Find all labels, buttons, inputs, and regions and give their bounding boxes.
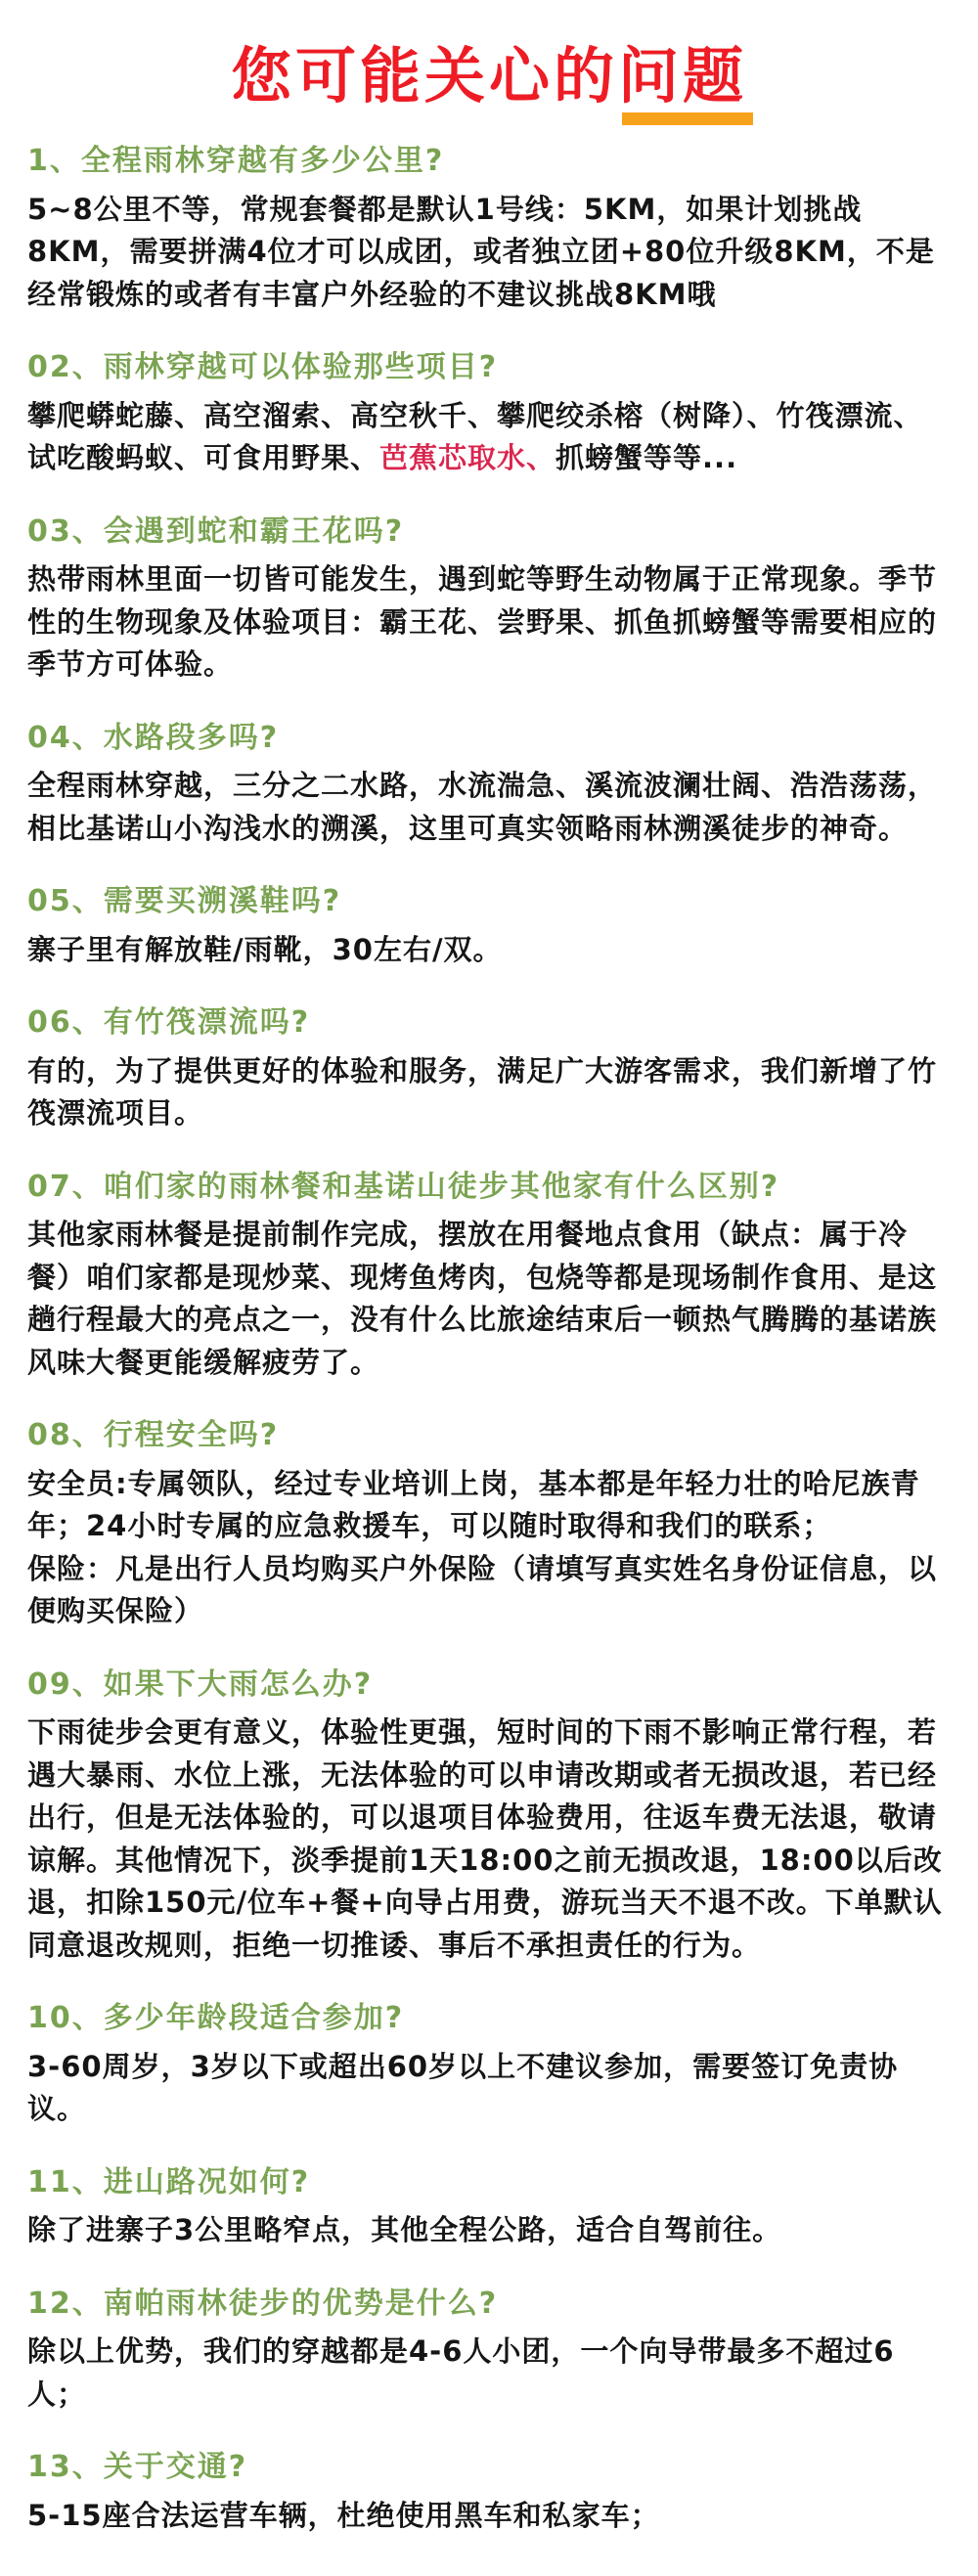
faq-answer-text: 5-15座合法运营车辆，杜绝使用黑车和私家车； [27,2499,660,2532]
faq-answer-paragraph: 有的，为了提供更好的体验和服务，满足广大游客需求，我们新增了竹筏漂流项目。 [27,1050,951,1135]
faq-item: 1、全程雨林穿越有多少公里? 5~8公里不等，常规套餐都是默认1号线：5KM，如… [27,143,951,316]
faq-answer-text: 寨子里有解放鞋/雨靴，30左右/双。 [27,933,503,966]
faq-answer-highlight-text: 芭蕉芯取水、 [379,441,556,474]
faq-answer: 3-60周岁，3岁以下或超出60岁以上不建议参加，需要签订免责协议。 [27,2046,951,2131]
faq-answer-paragraph: 除以上优势，我们的穿越都是4-6人小团，一个向导带最多不超过6人； [27,2331,951,2416]
faq-answer: 全程雨林穿越，三分之二水路，水流湍急、溪流波澜壮阔、浩浩荡荡，相比基诺山小沟浅水… [27,765,951,850]
faq-answer-text: 5~8公里不等，常规套餐都是默认1号线：5KM，如果计划挑战8KM，需要拼满4位… [27,193,935,311]
faq-answer-paragraph: 其他家雨林餐是提前制作完成，摆放在用餐地点食用（缺点：属于冷餐）咱们家都是现炒菜… [27,1214,951,1384]
faq-answer-text: 抓螃蟹等等... [556,441,737,474]
faq-question: 05、需要买溯溪鞋吗? [27,883,951,920]
faq-answer: 寨子里有解放鞋/雨靴，30左右/双。 [27,929,951,972]
faq-answer-text: 除以上优势，我们的穿越都是4-6人小团，一个向导带最多不超过6人； [27,2334,895,2411]
faq-answer-paragraph: 3-60周岁，3岁以下或超出60岁以上不建议参加，需要签订免责协议。 [27,2046,951,2131]
faq-question: 1、全程雨林穿越有多少公里? [27,143,951,180]
faq-answer-paragraph: 全程雨林穿越，三分之二水路，水流湍急、溪流波澜壮阔、浩浩荡荡，相比基诺山小沟浅水… [27,765,951,850]
faq-question: 11、进山路况如何? [27,2164,951,2201]
faq-answer-text: 安全员:专属领队，经过专业培训上岗，基本都是年轻力壮的哈尼族青年；24小时专属的… [27,1467,920,1543]
page-title-underlined: 问题 [618,43,747,110]
faq-item: 11、进山路况如何? 除了进寨子3公里略窄点，其他全程公路，适合自驾前往。 [27,2164,951,2252]
faq-item: 06、有竹筏漂流吗? 有的，为了提供更好的体验和服务，满足广大游客需求，我们新增… [27,1004,951,1135]
faq-item: 12、南帕雨林徒步的优势是什么? 除以上优势，我们的穿越都是4-6人小团，一个向… [27,2286,951,2417]
page-title: 您可能关心的问题 [27,43,951,110]
faq-answer: 下雨徒步会更有意义，体验性更强，短时间的下雨不影响正常行程，若遇大暴雨、水位上涨… [27,1711,951,1967]
faq-answer-text: 全程雨林穿越，三分之二水路，水流湍急、溪流波澜壮阔、浩浩荡荡，相比基诺山小沟浅水… [27,769,937,845]
faq-answer: 攀爬蟒蛇藤、高空溜索、高空秋千、攀爬绞杀榕（树降）、竹筏漂流、试吃酸蚂蚁、可食用… [27,395,951,480]
faq-question: 03、会遇到蛇和霸王花吗? [27,513,951,551]
faq-answer-paragraph: 安全员:专属领队，经过专业培训上岗，基本都是年轻力壮的哈尼族青年；24小时专属的… [27,1463,951,1548]
faq-answer-text: 其他家雨林餐是提前制作完成，摆放在用餐地点食用（缺点：属于冷餐）咱们家都是现炒菜… [27,1218,937,1379]
faq-answer-paragraph: 热带雨林里面一切皆可能发生，遇到蛇等野生动物属于正常现象。季节性的生物现象及体验… [27,558,951,687]
faq-item: 05、需要买溯溪鞋吗? 寨子里有解放鞋/雨靴，30左右/双。 [27,883,951,971]
faq-item: 04、水路段多吗? 全程雨林穿越，三分之二水路，水流湍急、溪流波澜壮阔、浩浩荡荡… [27,720,951,851]
faq-question: 13、关于交通? [27,2449,951,2486]
page-title-main: 您可能关心的 [231,40,618,111]
faq-answer: 5~8公里不等，常规套餐都是默认1号线：5KM，如果计划挑战8KM，需要拼满4位… [27,189,951,317]
faq-question: 10、多少年龄段适合参加? [27,2000,951,2037]
faq-question: 02、雨林穿越可以体验那些项目? [27,349,951,386]
faq-answer-text: 保险：凡是出行人员均购买户外保险（请填写真实姓名身份证信息，以便购买保险） [27,1552,937,1628]
faq-question: 09、如果下大雨怎么办? [27,1666,951,1704]
faq-answer: 有的，为了提供更好的体验和服务，满足广大游客需求，我们新增了竹筏漂流项目。 [27,1050,951,1135]
faq-answer-paragraph: 除了进寨子3公里略窄点，其他全程公路，适合自驾前往。 [27,2209,951,2252]
faq-answer: 5-15座合法运营车辆，杜绝使用黑车和私家车； [27,2495,951,2538]
faq-answer-text: 3-60周岁，3岁以下或超出60岁以上不建议参加，需要签订免责协议。 [27,2050,898,2126]
faq-question: 07、咱们家的雨林餐和基诺山徒步其他家有什么区别? [27,1169,951,1206]
faq-answer: 除以上优势，我们的穿越都是4-6人小团，一个向导带最多不超过6人； [27,2331,951,2416]
faq-answer-paragraph: 5~8公里不等，常规套餐都是默认1号线：5KM，如果计划挑战8KM，需要拼满4位… [27,189,951,317]
faq-item: 08、行程安全吗? 安全员:专属领队，经过专业培训上岗，基本都是年轻力壮的哈尼族… [27,1417,951,1633]
faq-answer: 安全员:专属领队，经过专业培训上岗，基本都是年轻力壮的哈尼族青年；24小时专属的… [27,1463,951,1633]
faq-question: 04、水路段多吗? [27,720,951,757]
faq-item: 07、咱们家的雨林餐和基诺山徒步其他家有什么区别? 其他家雨林餐是提前制作完成，… [27,1169,951,1385]
faq-answer-paragraph: 下雨徒步会更有意义，体验性更强，短时间的下雨不影响正常行程，若遇大暴雨、水位上涨… [27,1711,951,1967]
faq-item: 10、多少年龄段适合参加? 3-60周岁，3岁以下或超出60岁以上不建议参加，需… [27,2000,951,2131]
faq-answer-paragraph: 保险：凡是出行人员均购买户外保险（请填写真实姓名身份证信息，以便购买保险） [27,1548,951,1633]
faq-question: 08、行程安全吗? [27,1417,951,1454]
faq-item: 03、会遇到蛇和霸王花吗? 热带雨林里面一切皆可能发生，遇到蛇等野生动物属于正常… [27,513,951,687]
faq-answer-text: 热带雨林里面一切皆可能发生，遇到蛇等野生动物属于正常现象。季节性的生物现象及体验… [27,562,937,681]
faq-answer-paragraph: 寨子里有解放鞋/雨靴，30左右/双。 [27,929,951,972]
faq-item: 09、如果下大雨怎么办? 下雨徒步会更有意义，体验性更强，短时间的下雨不影响正常… [27,1666,951,1968]
faq-item: 13、关于交通? 5-15座合法运营车辆，杜绝使用黑车和私家车； [27,2449,951,2537]
faq-answer-text: 下雨徒步会更有意义，体验性更强，短时间的下雨不影响正常行程，若遇大暴雨、水位上涨… [27,1715,943,1962]
faq-answer-paragraph: 5-15座合法运营车辆，杜绝使用黑车和私家车； [27,2495,951,2538]
faq-page: 您可能关心的问题 1、全程雨林穿越有多少公里? 5~8公里不等，常规套餐都是默认… [0,0,978,2576]
faq-answer: 热带雨林里面一切皆可能发生，遇到蛇等野生动物属于正常现象。季节性的生物现象及体验… [27,558,951,687]
faq-answer: 其他家雨林餐是提前制作完成，摆放在用餐地点食用（缺点：属于冷餐）咱们家都是现炒菜… [27,1214,951,1384]
faq-answer-text: 有的，为了提供更好的体验和服务，满足广大游客需求，我们新增了竹筏漂流项目。 [27,1054,937,1131]
faq-item: 02、雨林穿越可以体验那些项目? 攀爬蟒蛇藤、高空溜索、高空秋千、攀爬绞杀榕（树… [27,349,951,480]
faq-answer-text: 除了进寨子3公里略窄点，其他全程公路，适合自驾前往。 [27,2213,781,2246]
faq-question: 06、有竹筏漂流吗? [27,1004,951,1042]
faq-list: 1、全程雨林穿越有多少公里? 5~8公里不等，常规套餐都是默认1号线：5KM，如… [27,143,951,2537]
faq-answer: 除了进寨子3公里略窄点，其他全程公路，适合自驾前往。 [27,2209,951,2252]
faq-answer-paragraph: 攀爬蟒蛇藤、高空溜索、高空秋千、攀爬绞杀榕（树降）、竹筏漂流、试吃酸蚂蚁、可食用… [27,395,951,480]
faq-question: 12、南帕雨林徒步的优势是什么? [27,2286,951,2323]
